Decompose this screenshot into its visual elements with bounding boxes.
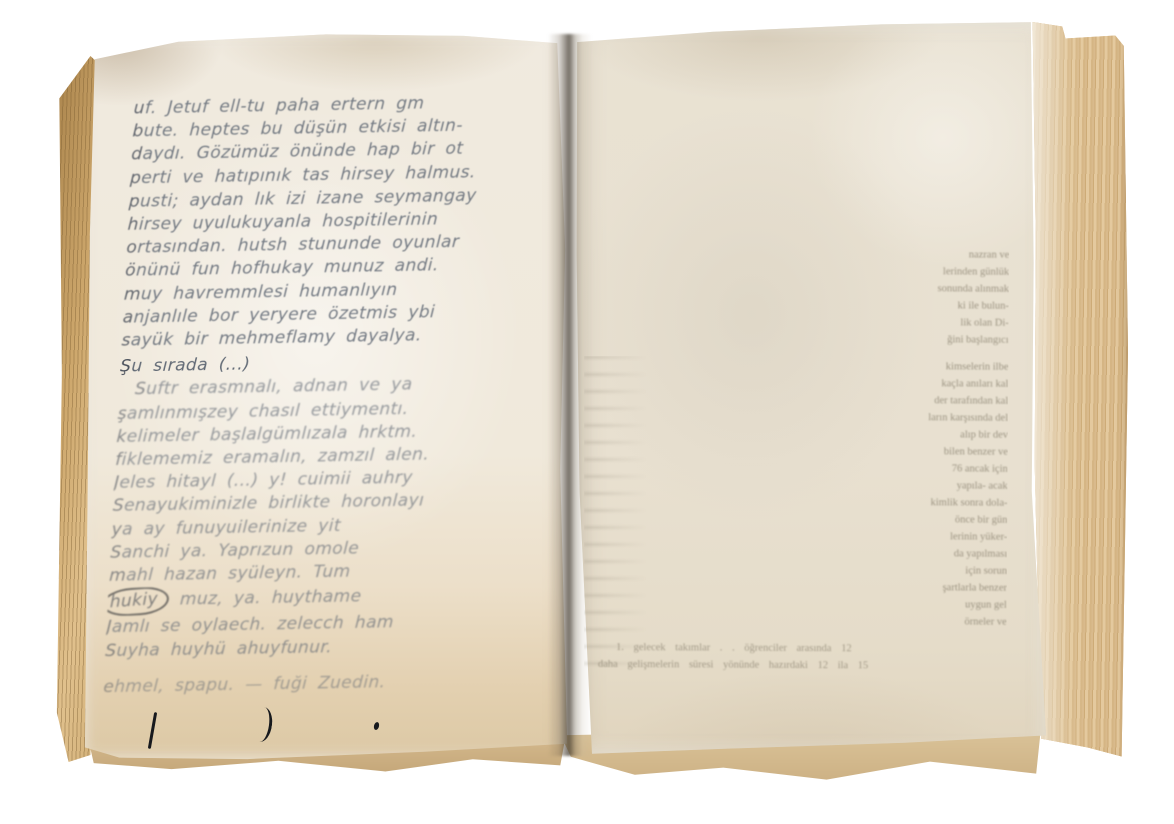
faint-print-line: şartlarla benzer — [789, 578, 1007, 597]
faint-print-smudge-near-gutter — [584, 356, 654, 676]
handwriting-text: uf. Jetuf ell-tu paha ertern gmbute. hep… — [102, 90, 572, 718]
handwritten-line: ehmel, spapu. — fuği Zuedin. — [103, 668, 542, 699]
faint-print-line: için sorun — [789, 561, 1007, 580]
faint-print-line: bilen benzer ve — [790, 442, 1008, 461]
faint-print-line: 1. gelecek takımlar . . öğrenciler arası… — [598, 639, 1016, 658]
faint-print-line: ların karşısında del — [790, 408, 1008, 427]
faint-print-line: nazran ve — [791, 245, 1009, 264]
faint-print-column: nazran velerinden günlüksonunda alınmakk… — [789, 245, 1010, 631]
faint-print-line: alıp bir dev — [790, 425, 1008, 444]
faint-print-line: sonunda alınmak — [791, 279, 1009, 298]
faint-print-line: daha gelişmelerin süresi yönünde hazırda… — [598, 656, 1016, 675]
faint-print-line: uygun gel — [789, 595, 1007, 614]
faint-print-line: lerinin yüker- — [789, 527, 1007, 546]
faint-print-line: kimlik sonra dola- — [789, 493, 1007, 512]
faint-print-line: kimselerin ilbe — [790, 357, 1008, 376]
circled-word: hukiy — [107, 586, 169, 617]
faint-print-line: lerinden günlük — [791, 262, 1009, 281]
faint-print-line: der tarafından kal — [790, 391, 1008, 410]
faint-print-line: kaçla anıları kal — [790, 374, 1008, 393]
faint-print-line: ğini başlangıcı — [791, 330, 1009, 349]
faint-print-line: 76 ancak için — [790, 459, 1008, 478]
faint-print-line: ki ile bulun- — [791, 296, 1009, 315]
photo-stage: uf. Jetuf ell-tu paha ertern gmbute. hep… — [0, 0, 1174, 824]
faint-print-line: da yapılması — [789, 544, 1007, 563]
faint-print-bottom-lines: 1. gelecek takımlar . . öğrenciler arası… — [598, 639, 1016, 675]
faint-print-line: örneler ve — [789, 612, 1007, 631]
faint-print-line: yapıla- acak — [790, 476, 1008, 495]
faint-print-line: önce bir gün — [789, 510, 1007, 529]
faint-print-line: lik olan Di- — [791, 313, 1009, 332]
